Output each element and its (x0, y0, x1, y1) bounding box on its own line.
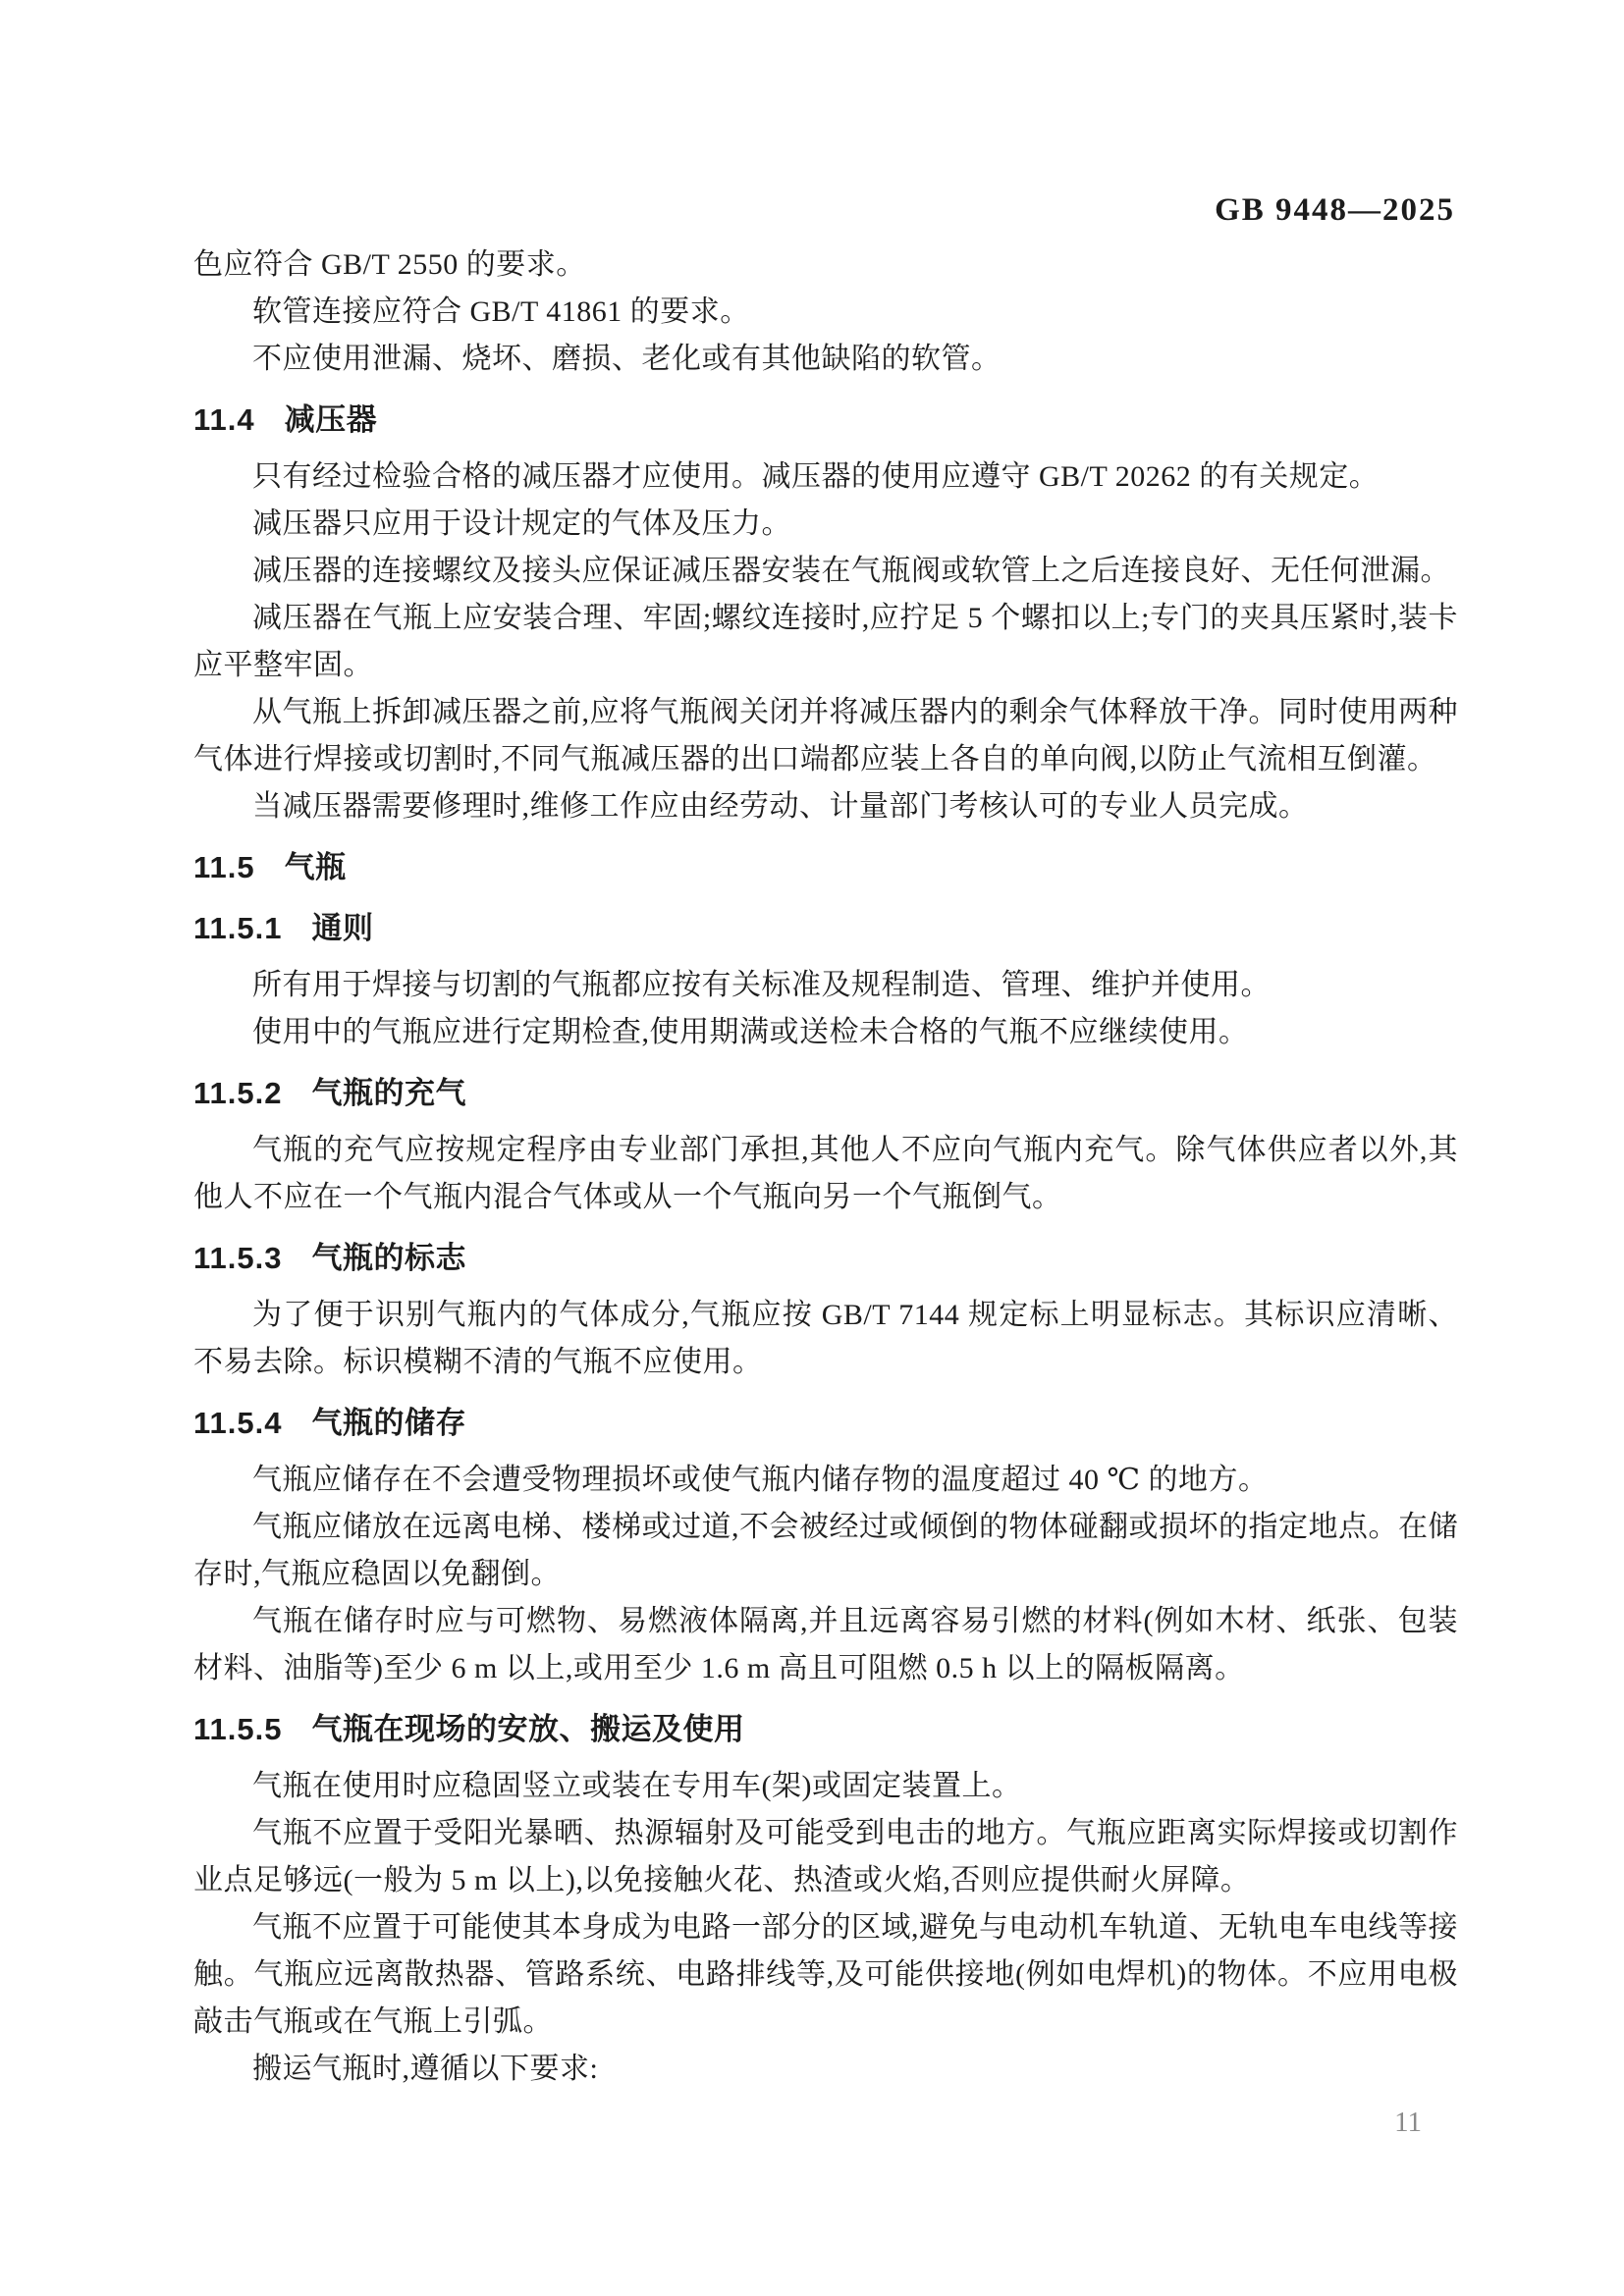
heading-number: 11.5.2 (193, 1076, 282, 1110)
heading-11-5-3: 11.5.3气瓶的标志 (193, 1235, 1458, 1282)
heading-title: 减压器 (285, 402, 378, 437)
heading-title: 气瓶的充气 (311, 1076, 466, 1110)
paragraph: 所有用于焊接与切割的气瓶都应按有关标准及规程制造、管理、维护并使用。 (193, 962, 1458, 1009)
heading-11-5-5: 11.5.5气瓶在现场的安放、搬运及使用 (193, 1706, 1458, 1753)
paragraph: 使用中的气瓶应进行定期检查,使用期满或送检未合格的气瓶不应继续使用。 (193, 1009, 1458, 1056)
paragraph: 从气瓶上拆卸减压器之前,应将气瓶阀关闭并将减压器内的剩余气体释放干净。同时使用两… (193, 689, 1458, 783)
paragraph: 不应使用泄漏、烧坏、磨损、老化或有其他缺陷的软管。 (193, 336, 1458, 383)
heading-11-5: 11.5气瓶 (193, 844, 1458, 891)
paragraph: 为了便于识别气瓶内的气体成分,气瓶应按 GB/T 7144 规定标上明显标志。其… (193, 1292, 1458, 1386)
paragraph-continuation: 色应符合 GB/T 2550 的要求。 (193, 241, 1458, 289)
heading-number: 11.5.3 (193, 1241, 282, 1275)
heading-title: 气瓶在现场的安放、搬运及使用 (311, 1712, 744, 1746)
heading-number: 11.5.4 (193, 1406, 282, 1440)
paragraph: 气瓶应储放在远离电梯、楼梯或过道,不会被经过或倾倒的物体碰翻或损坏的指定地点。在… (193, 1504, 1458, 1598)
heading-title: 通则 (311, 911, 373, 945)
heading-title: 气瓶 (285, 850, 347, 884)
heading-number: 11.5.5 (193, 1712, 282, 1746)
paragraph: 减压器的连接螺纹及接头应保证减压器安装在气瓶阀或软管上之后连接良好、无任何泄漏。 (193, 548, 1458, 595)
heading-11-5-2: 11.5.2气瓶的充气 (193, 1070, 1458, 1117)
paragraph: 气瓶应储存在不会遭受物理损坏或使气瓶内储存物的温度超过 40 ℃ 的地方。 (193, 1457, 1458, 1504)
paragraph: 气瓶的充气应按规定程序由专业部门承担,其他人不应向气瓶内充气。除气体供应者以外,… (193, 1127, 1458, 1221)
paragraph: 当减压器需要修理时,维修工作应由经劳动、计量部门考核认可的专业人员完成。 (193, 783, 1458, 830)
paragraph: 搬运气瓶时,遵循以下要求: (193, 2046, 1458, 2093)
paragraph: 减压器在气瓶上应安装合理、牢固;螺纹连接时,应拧足 5 个螺扣以上;专门的夹具压… (193, 595, 1458, 689)
document-content: 色应符合 GB/T 2550 的要求。 软管连接应符合 GB/T 41861 的… (193, 241, 1458, 2093)
paragraph: 气瓶不应置于可能使其本身成为电路一部分的区域,避免与电动机车轨道、无轨电车电线等… (193, 1904, 1458, 2046)
heading-number: 11.4 (193, 402, 255, 437)
paragraph: 气瓶不应置于受阳光暴晒、热源辐射及可能受到电击的地方。气瓶应距离实际焊接或切割作… (193, 1810, 1458, 1904)
heading-title: 气瓶的储存 (311, 1406, 466, 1440)
heading-11-4: 11.4减压器 (193, 397, 1458, 444)
paragraph: 减压器只应用于设计规定的气体及压力。 (193, 501, 1458, 548)
paragraph: 软管连接应符合 GB/T 41861 的要求。 (193, 289, 1458, 336)
document-page: GB 9448—2025 色应符合 GB/T 2550 的要求。 软管连接应符合… (0, 0, 1624, 2296)
heading-number: 11.5 (193, 850, 255, 884)
paragraph: 只有经过检验合格的减压器才应使用。减压器的使用应遵守 GB/T 20262 的有… (193, 454, 1458, 501)
heading-number: 11.5.1 (193, 911, 282, 945)
heading-title: 气瓶的标志 (311, 1241, 466, 1275)
paragraph: 气瓶在使用时应稳固竖立或装在专用车(架)或固定装置上。 (193, 1763, 1458, 1810)
page-number: 11 (1394, 2107, 1422, 2139)
paragraph: 气瓶在储存时应与可燃物、易燃液体隔离,并且远离容易引燃的材料(例如木材、纸张、包… (193, 1598, 1458, 1692)
heading-11-5-4: 11.5.4气瓶的储存 (193, 1400, 1458, 1447)
heading-11-5-1: 11.5.1通则 (193, 905, 1458, 952)
standard-number-header: GB 9448—2025 (1215, 192, 1455, 229)
